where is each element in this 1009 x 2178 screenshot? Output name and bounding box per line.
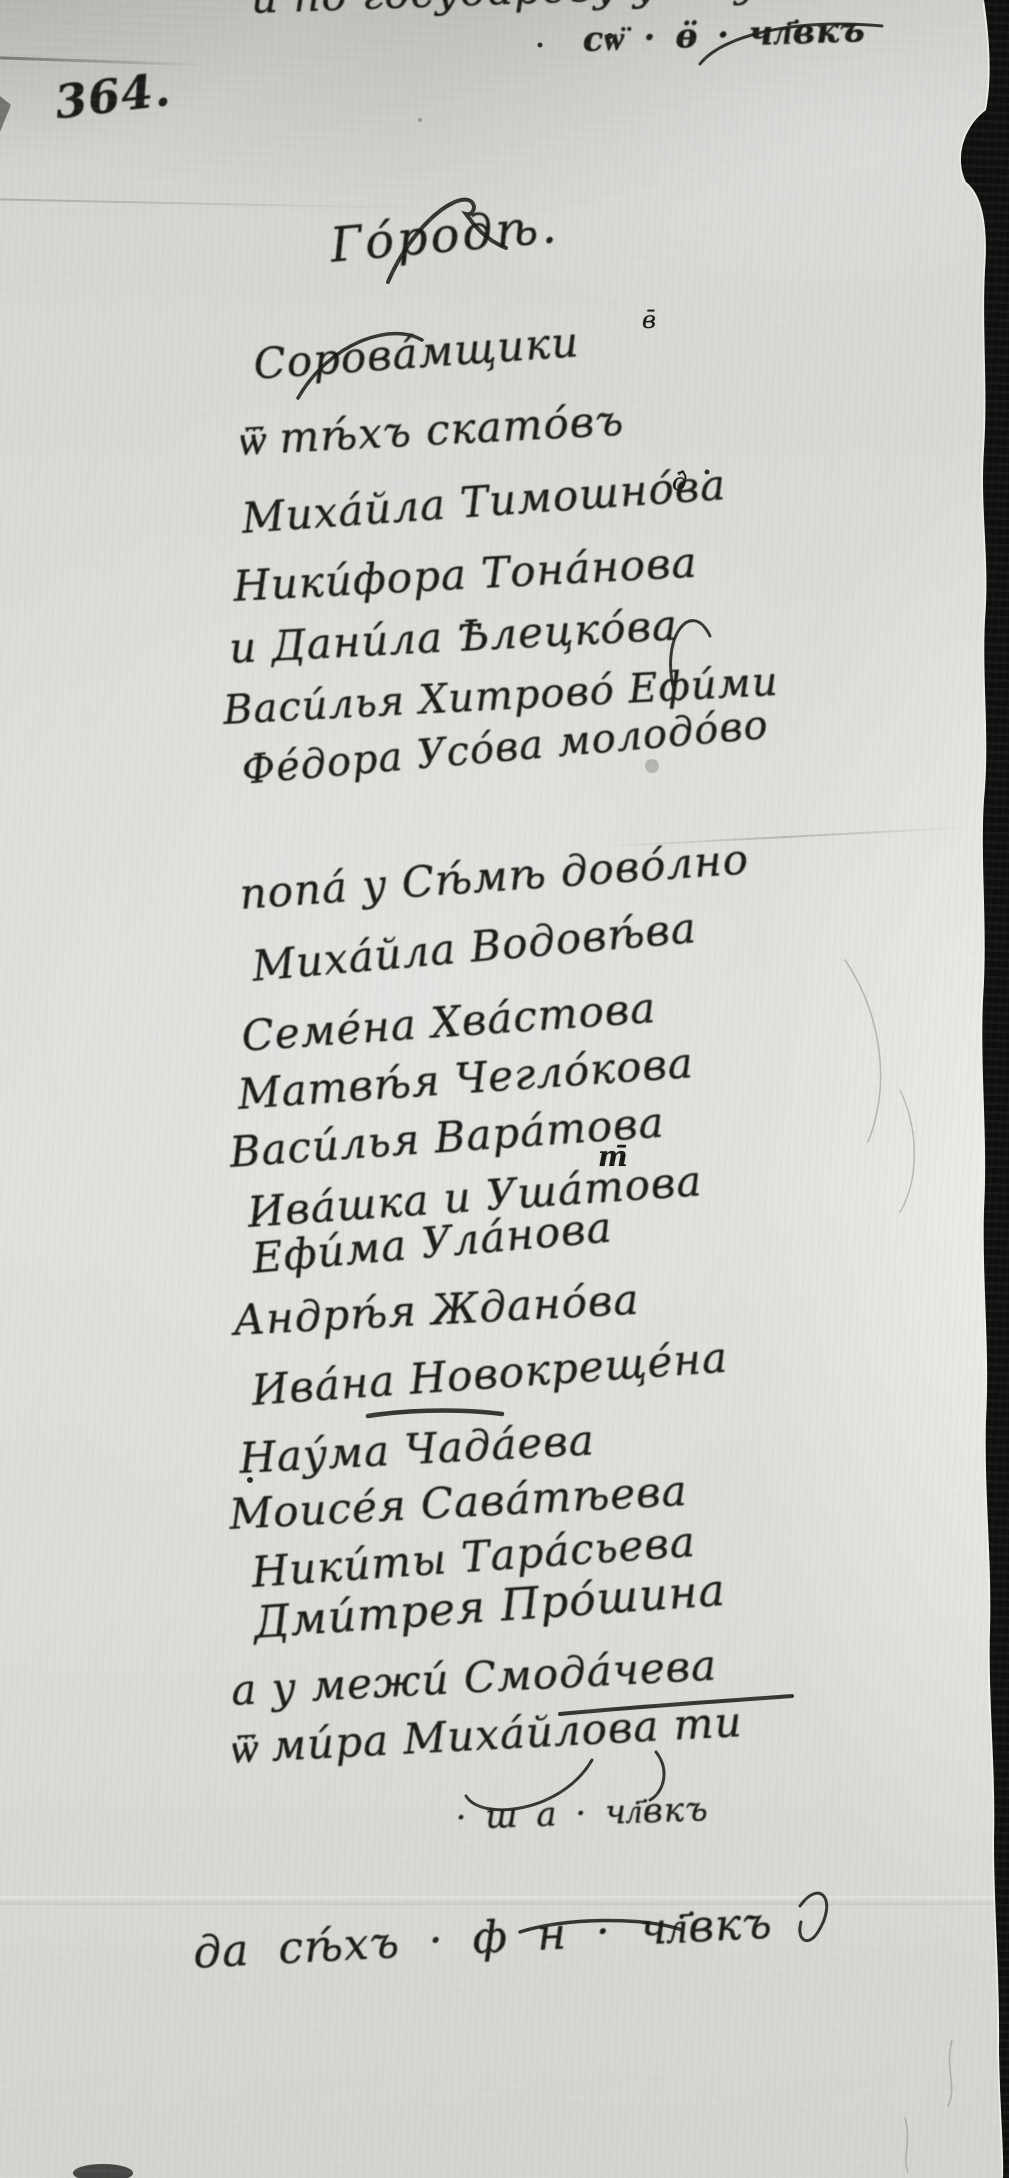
- superscript-mark: д̂: [672, 468, 687, 496]
- manuscript-page: и по госуда́реву ука́зу сѡ̈ · ѳ̈ · чл҃вк…: [0, 0, 1009, 2178]
- superscript-mark: т̄: [598, 1140, 628, 1173]
- binding-edge: [961, 0, 1009, 2178]
- superscript-mark: в̄: [642, 306, 656, 334]
